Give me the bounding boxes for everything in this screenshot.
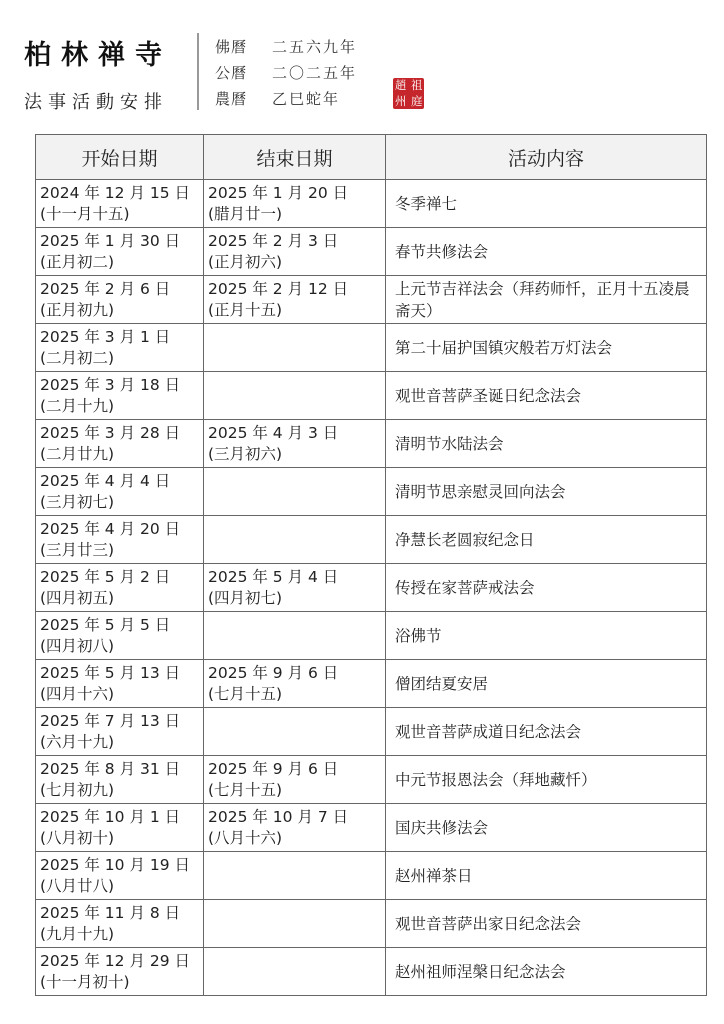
- end-date-lunar: (八月十六): [208, 828, 385, 849]
- activity-cell: 第二十届护国镇灾般若万灯法会: [386, 324, 707, 372]
- end-date-cell: [204, 612, 386, 660]
- calendar-years: 佛曆 二五六九年 公曆 二〇二五年 農曆 乙巳蛇年: [215, 33, 357, 111]
- seal-char: 州: [393, 94, 408, 109]
- start-date: 2024 年 12 月 15 日: [40, 183, 203, 204]
- table-row: 2025 年 3 月 1 日(二月初二)第二十届护国镇灾般若万灯法会: [36, 324, 707, 372]
- start-date-cell: 2025 年 5 月 5 日(四月初八): [36, 612, 204, 660]
- start-date-lunar: (正月初二): [40, 252, 203, 273]
- end-date-cell: [204, 708, 386, 756]
- start-date: 2025 年 2 月 6 日: [40, 279, 203, 300]
- end-date: 2025 年 10 月 7 日: [208, 807, 385, 828]
- start-date-cell: 2025 年 4 月 20 日(三月廿三): [36, 516, 204, 564]
- end-date-lunar: (七月十五): [208, 780, 385, 801]
- calendar-label: 佛曆: [215, 36, 272, 57]
- end-date-cell: [204, 372, 386, 420]
- column-header-end-date: 结束日期: [204, 135, 386, 180]
- calendar-lunar: 農曆 乙巳蛇年: [215, 85, 357, 111]
- end-date: 2025 年 5 月 4 日: [208, 567, 385, 588]
- end-date-lunar: (四月初七): [208, 588, 385, 609]
- end-date: 2025 年 9 月 6 日: [208, 663, 385, 684]
- end-date-cell: 2025 年 10 月 7 日(八月十六): [204, 804, 386, 852]
- activity-cell: 赵州禅茶日: [386, 852, 707, 900]
- end-date: 2025 年 9 月 6 日: [208, 759, 385, 780]
- table-row: 2025 年 4 月 4 日(三月初七)清明节思亲慰灵回向法会: [36, 468, 707, 516]
- start-date-lunar: (六月十九): [40, 732, 203, 753]
- activity-cell: 传授在家菩萨戒法会: [386, 564, 707, 612]
- start-date-cell: 2025 年 5 月 2 日(四月初五): [36, 564, 204, 612]
- activity-cell: 上元节吉祥法会（拜药师忏，正月十五凌晨斋天）: [386, 276, 707, 324]
- start-date-lunar: (七月初九): [40, 780, 203, 801]
- start-date-cell: 2025 年 10 月 1 日(八月初十): [36, 804, 204, 852]
- table-row: 2025 年 12 月 29 日(十一月初十)赵州祖师涅槃日纪念法会: [36, 948, 707, 996]
- start-date-lunar: (十一月初十): [40, 972, 203, 993]
- start-date-cell: 2025 年 10 月 19 日(八月廿八): [36, 852, 204, 900]
- start-date-cell: 2025 年 4 月 4 日(三月初七): [36, 468, 204, 516]
- table-row: 2025 年 11 月 8 日(九月十九)观世音菩萨出家日纪念法会: [36, 900, 707, 948]
- activity-cell: 僧团结夏安居: [386, 660, 707, 708]
- start-date-lunar: (二月廿九): [40, 444, 203, 465]
- table-row: 2025 年 3 月 18 日(二月十九)观世音菩萨圣诞日纪念法会: [36, 372, 707, 420]
- end-date-cell: 2025 年 1 月 20 日(腊月廿一): [204, 180, 386, 228]
- table-row: 2025 年 1 月 30 日(正月初二)2025 年 2 月 3 日(正月初六…: [36, 228, 707, 276]
- table-row: 2025 年 5 月 2 日(四月初五)2025 年 5 月 4 日(四月初七)…: [36, 564, 707, 612]
- table-row: 2025 年 10 月 19 日(八月廿八)赵州禅茶日: [36, 852, 707, 900]
- end-date-cell: [204, 516, 386, 564]
- document-subtitle: 法事活動安排: [24, 88, 168, 114]
- start-date-cell: 2025 年 5 月 13 日(四月十六): [36, 660, 204, 708]
- start-date-lunar: (九月十九): [40, 924, 203, 945]
- activity-cell: 观世音菩萨出家日纪念法会: [386, 900, 707, 948]
- start-date-cell: 2025 年 1 月 30 日(正月初二): [36, 228, 204, 276]
- end-date-cell: 2025 年 2 月 12 日(正月十五): [204, 276, 386, 324]
- end-date-lunar: (七月十五): [208, 684, 385, 705]
- end-date: 2025 年 2 月 12 日: [208, 279, 385, 300]
- end-date-lunar: (三月初六): [208, 444, 385, 465]
- start-date-lunar: (三月初七): [40, 492, 203, 513]
- table-row: 2024 年 12 月 15 日(十一月十五)2025 年 1 月 20 日(腊…: [36, 180, 707, 228]
- start-date: 2025 年 4 月 4 日: [40, 471, 203, 492]
- activity-cell: 冬季禅七: [386, 180, 707, 228]
- table-row: 2025 年 2 月 6 日(正月初九)2025 年 2 月 12 日(正月十五…: [36, 276, 707, 324]
- start-date-lunar: (三月廿三): [40, 540, 203, 561]
- start-date-lunar: (八月廿八): [40, 876, 203, 897]
- table-row: 2025 年 3 月 28 日(二月廿九)2025 年 4 月 3 日(三月初六…: [36, 420, 707, 468]
- end-date-cell: 2025 年 9 月 6 日(七月十五): [204, 756, 386, 804]
- start-date: 2025 年 5 月 13 日: [40, 663, 203, 684]
- start-date-lunar: (四月初五): [40, 588, 203, 609]
- start-date: 2025 年 3 月 18 日: [40, 375, 203, 396]
- activity-cell: 浴佛节: [386, 612, 707, 660]
- end-date-cell: [204, 900, 386, 948]
- calendar-label: 公曆: [215, 62, 272, 83]
- start-date: 2025 年 10 月 1 日: [40, 807, 203, 828]
- start-date-cell: 2025 年 2 月 6 日(正月初九): [36, 276, 204, 324]
- activity-cell: 清明节思亲慰灵回向法会: [386, 468, 707, 516]
- column-header-start-date: 开始日期: [36, 135, 204, 180]
- calendar-value: 二五六九年: [272, 36, 357, 57]
- table-row: 2025 年 8 月 31 日(七月初九)2025 年 9 月 6 日(七月十五…: [36, 756, 707, 804]
- start-date-cell: 2025 年 3 月 18 日(二月十九): [36, 372, 204, 420]
- start-date-lunar: (正月初九): [40, 300, 203, 321]
- activity-cell: 净慧长老圆寂纪念日: [386, 516, 707, 564]
- calendar-label: 農曆: [215, 88, 272, 109]
- end-date-cell: [204, 948, 386, 996]
- column-header-activity: 活动内容: [386, 135, 707, 180]
- end-date-cell: [204, 324, 386, 372]
- start-date-lunar: (十一月十五): [40, 204, 203, 225]
- end-date-cell: 2025 年 2 月 3 日(正月初六): [204, 228, 386, 276]
- end-date-cell: 2025 年 5 月 4 日(四月初七): [204, 564, 386, 612]
- table-row: 2025 年 5 月 13 日(四月十六)2025 年 9 月 6 日(七月十五…: [36, 660, 707, 708]
- start-date-lunar: (二月十九): [40, 396, 203, 417]
- seal-char: 庭: [409, 94, 424, 109]
- start-date: 2025 年 3 月 1 日: [40, 327, 203, 348]
- activity-cell: 观世音菩萨成道日纪念法会: [386, 708, 707, 756]
- table-row: 2025 年 7 月 13 日(六月十九)观世音菩萨成道日纪念法会: [36, 708, 707, 756]
- calendar-value: 乙巳蛇年: [272, 88, 340, 109]
- start-date: 2025 年 7 月 13 日: [40, 711, 203, 732]
- end-date: 2025 年 2 月 3 日: [208, 231, 385, 252]
- activity-cell: 春节共修法会: [386, 228, 707, 276]
- table-row: 2025 年 5 月 5 日(四月初八)浴佛节: [36, 612, 707, 660]
- start-date: 2025 年 11 月 8 日: [40, 903, 203, 924]
- end-date-lunar: (正月初六): [208, 252, 385, 273]
- start-date: 2025 年 8 月 31 日: [40, 759, 203, 780]
- start-date: 2025 年 5 月 2 日: [40, 567, 203, 588]
- end-date: 2025 年 1 月 20 日: [208, 183, 385, 204]
- start-date-lunar: (四月十六): [40, 684, 203, 705]
- end-date-cell: [204, 468, 386, 516]
- end-date-cell: 2025 年 4 月 3 日(三月初六): [204, 420, 386, 468]
- table-row: 2025 年 4 月 20 日(三月廿三)净慧长老圆寂纪念日: [36, 516, 707, 564]
- calendar-buddhist: 佛曆 二五六九年: [215, 33, 357, 59]
- activity-cell: 赵州祖师涅槃日纪念法会: [386, 948, 707, 996]
- start-date-cell: 2025 年 7 月 13 日(六月十九): [36, 708, 204, 756]
- end-date-cell: [204, 852, 386, 900]
- table-body: 2024 年 12 月 15 日(十一月十五)2025 年 1 月 20 日(腊…: [36, 180, 707, 996]
- seal-char: 祖: [409, 78, 424, 93]
- activity-cell: 观世音菩萨圣诞日纪念法会: [386, 372, 707, 420]
- end-date-cell: 2025 年 9 月 6 日(七月十五): [204, 660, 386, 708]
- schedule-table: 开始日期 结束日期 活动内容 2024 年 12 月 15 日(十一月十五)20…: [35, 134, 707, 996]
- start-date-lunar: (四月初八): [40, 636, 203, 657]
- activity-cell: 清明节水陆法会: [386, 420, 707, 468]
- start-date-cell: 2024 年 12 月 15 日(十一月十五): [36, 180, 204, 228]
- temple-title: 柏林禅寺: [24, 33, 172, 72]
- start-date: 2025 年 1 月 30 日: [40, 231, 203, 252]
- start-date: 2025 年 5 月 5 日: [40, 615, 203, 636]
- start-date-cell: 2025 年 3 月 28 日(二月廿九): [36, 420, 204, 468]
- end-date: 2025 年 4 月 3 日: [208, 423, 385, 444]
- activity-cell: 国庆共修法会: [386, 804, 707, 852]
- end-date-lunar: (腊月廿一): [208, 204, 385, 225]
- start-date-cell: 2025 年 11 月 8 日(九月十九): [36, 900, 204, 948]
- start-date-cell: 2025 年 8 月 31 日(七月初九): [36, 756, 204, 804]
- calendar-value: 二〇二五年: [272, 62, 357, 83]
- table-row: 2025 年 10 月 1 日(八月初十)2025 年 10 月 7 日(八月十…: [36, 804, 707, 852]
- start-date-cell: 2025 年 12 月 29 日(十一月初十): [36, 948, 204, 996]
- start-date-lunar: (八月初十): [40, 828, 203, 849]
- start-date: 2025 年 10 月 19 日: [40, 855, 203, 876]
- start-date: 2025 年 3 月 28 日: [40, 423, 203, 444]
- header-divider: [197, 33, 199, 110]
- activity-cell: 中元节报恩法会（拜地藏忏）: [386, 756, 707, 804]
- seal-char: 趙: [393, 78, 408, 93]
- start-date: 2025 年 4 月 20 日: [40, 519, 203, 540]
- start-date-lunar: (二月初二): [40, 348, 203, 369]
- end-date-lunar: (正月十五): [208, 300, 385, 321]
- calendar-gregorian: 公曆 二〇二五年: [215, 59, 357, 85]
- start-date-cell: 2025 年 3 月 1 日(二月初二): [36, 324, 204, 372]
- table-header-row: 开始日期 结束日期 活动内容: [36, 135, 707, 180]
- start-date: 2025 年 12 月 29 日: [40, 951, 203, 972]
- seal-stamp-icon: 趙 祖 州 庭: [393, 78, 424, 109]
- page-header: 柏林禅寺 法事活動安排 佛曆 二五六九年 公曆 二〇二五年 農曆 乙巳蛇年 趙 …: [0, 0, 724, 130]
